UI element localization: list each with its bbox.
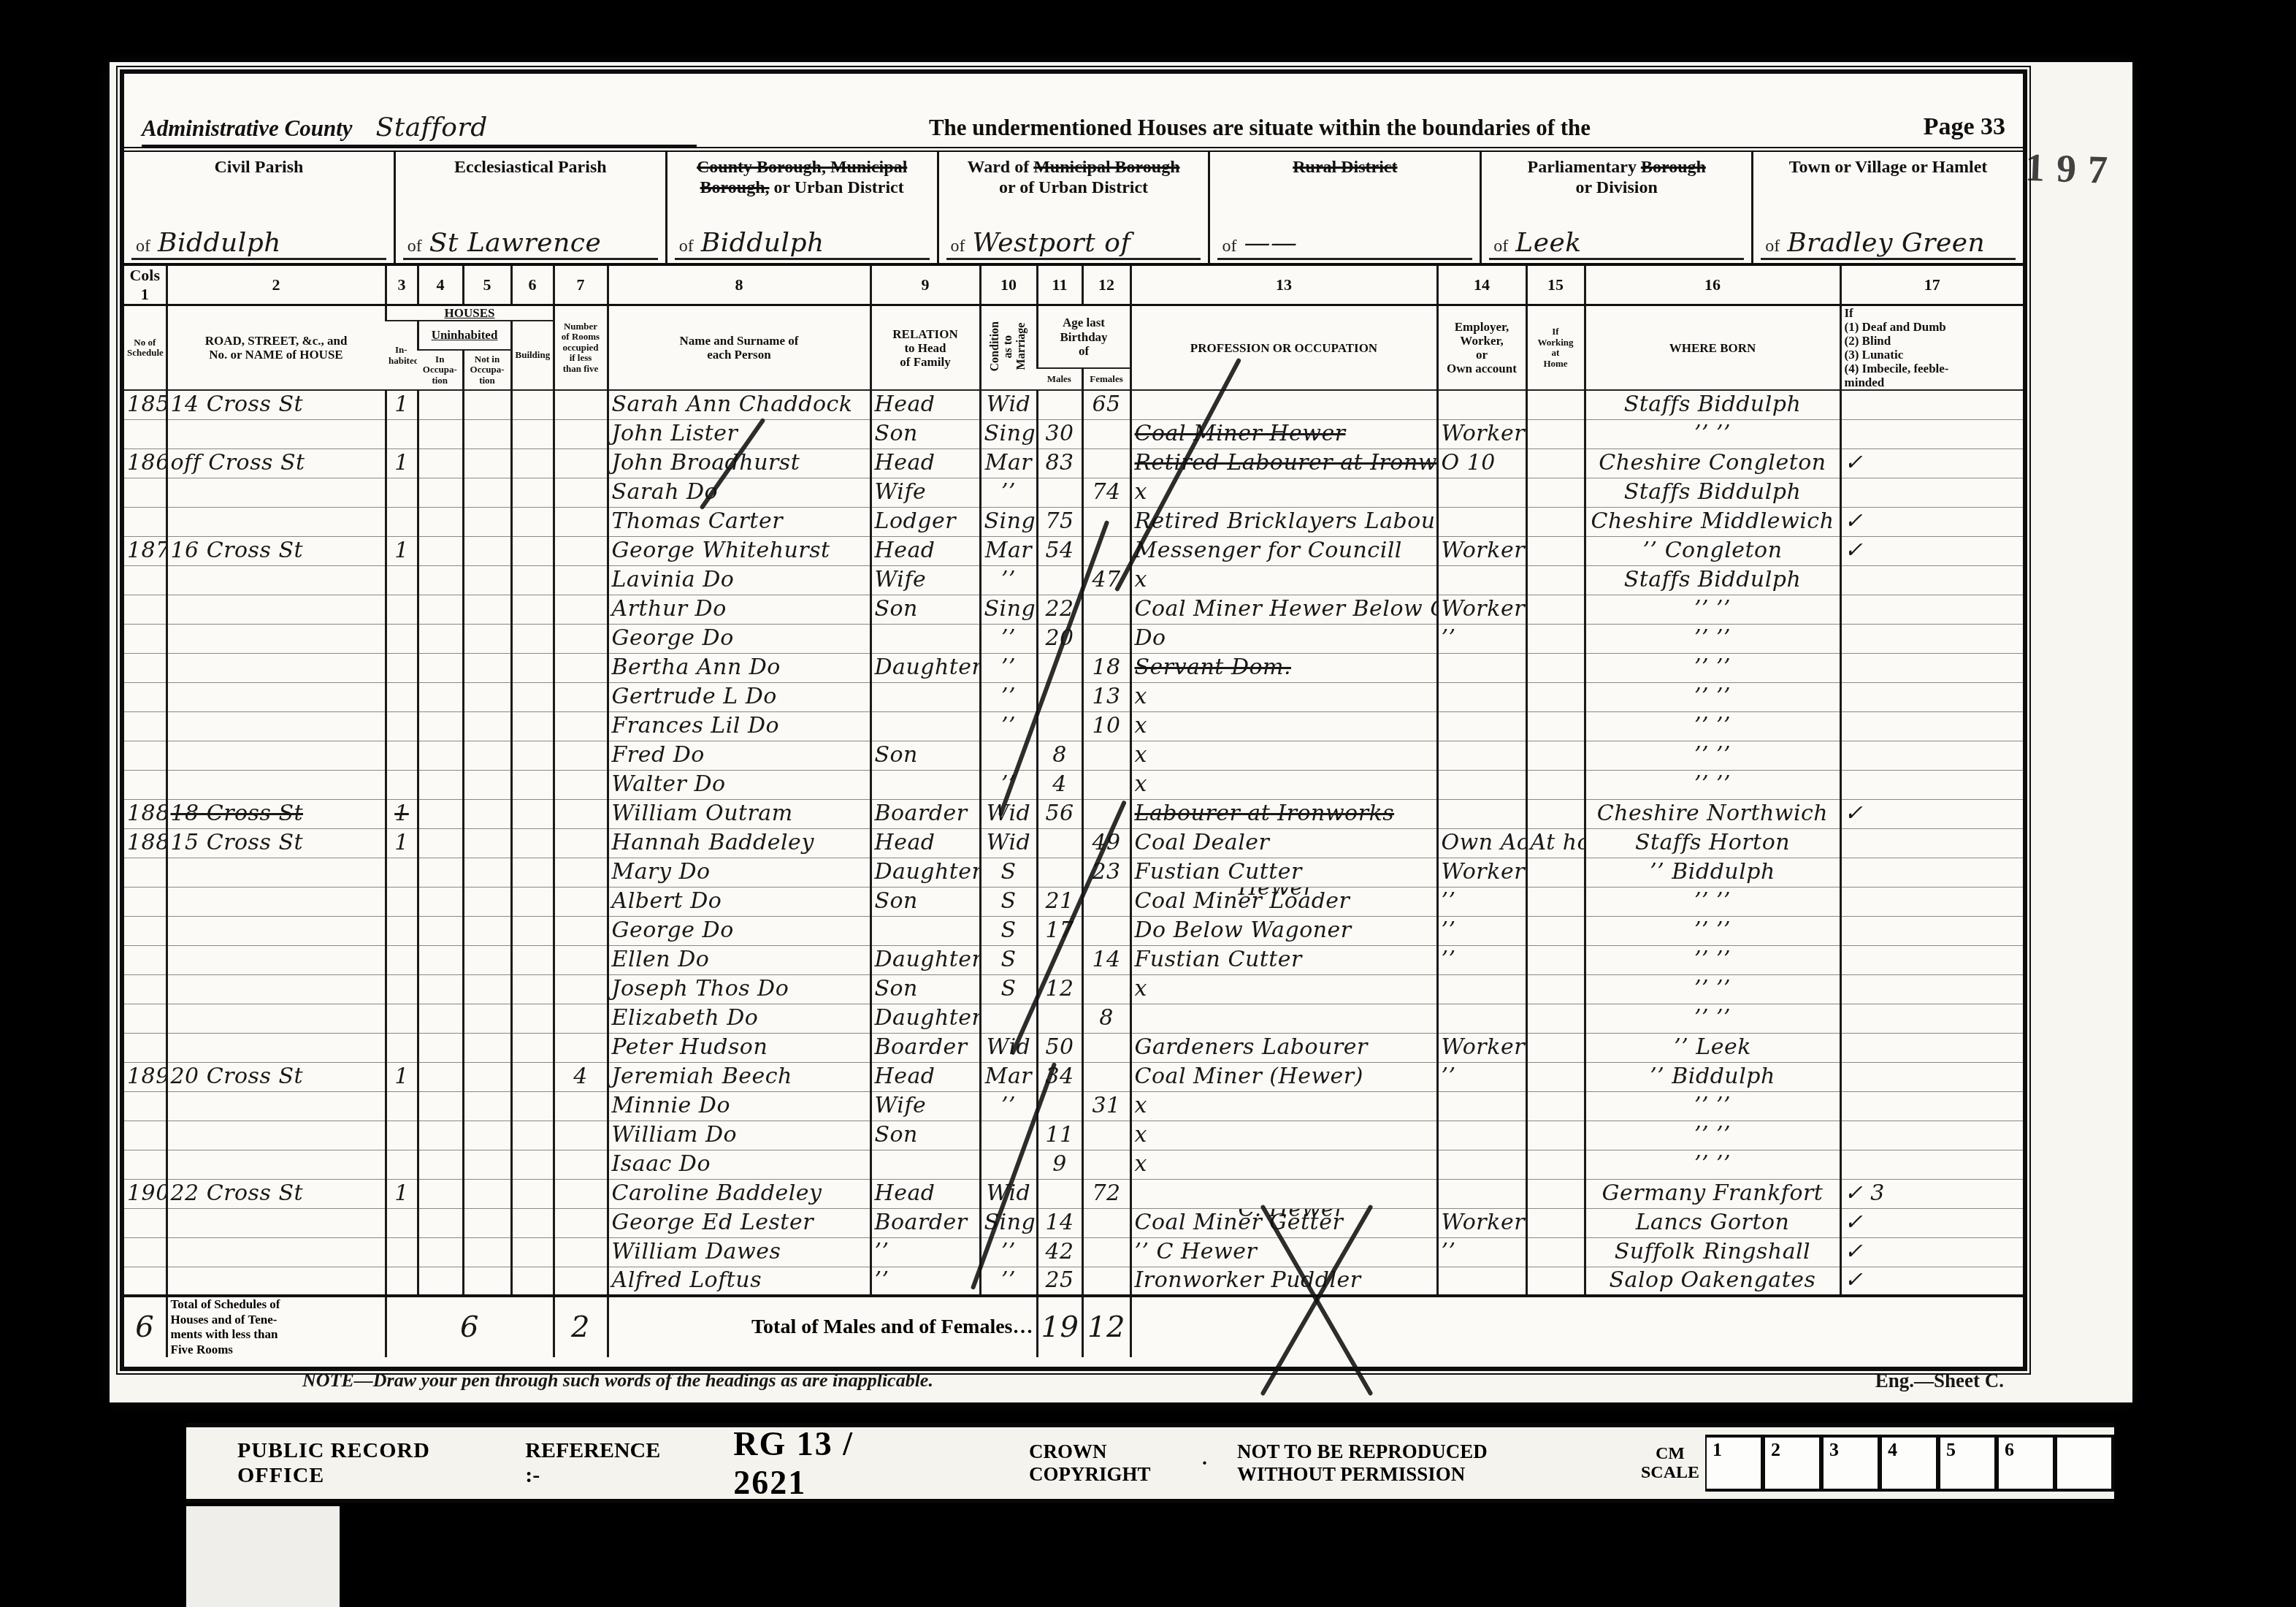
cell-schedule xyxy=(124,858,167,887)
cell-at-home xyxy=(1526,1121,1585,1150)
cell-relation: Lodger xyxy=(870,507,980,536)
cell-text: William Do xyxy=(612,1122,738,1148)
cell-text: Albert Do xyxy=(612,888,722,914)
cell-text: Elizabeth Do xyxy=(612,1005,759,1031)
column-number: 2 xyxy=(167,266,386,305)
cell-text: ’’ Biddulph xyxy=(1650,859,1775,885)
paper-corner-fragment xyxy=(186,1506,340,1607)
cell-text: Own Accnt xyxy=(1442,830,1527,855)
cell-text: 14 xyxy=(1045,1210,1074,1235)
cell-text: 12 xyxy=(1045,976,1074,1001)
cell-road: 18 Cross St xyxy=(167,799,386,828)
cell-relation: Son xyxy=(870,1121,980,1150)
cell-occupation: x xyxy=(1130,974,1437,1004)
cell-text: Wid xyxy=(987,830,1031,855)
cell-text: x xyxy=(1135,684,1147,709)
cell-text: ’’ ’’ xyxy=(1694,742,1731,768)
column-number: 9 xyxy=(870,266,980,305)
census-row: Fred DoSon8x’’ ’’ xyxy=(124,741,2023,770)
cell-building xyxy=(511,799,554,828)
cell-text: George Whitehurst xyxy=(612,538,830,563)
cell-in-occupation xyxy=(418,1267,463,1296)
ruler-cell xyxy=(2056,1435,2114,1492)
cell-relation xyxy=(870,770,980,799)
census-row: 186off Cross St1John BroadhurstHeadMar83… xyxy=(124,448,2023,478)
cell-text: x xyxy=(1135,1151,1147,1177)
cell-text: 14 xyxy=(1092,947,1120,972)
cell-building xyxy=(511,945,554,974)
cell-relation: Boarder xyxy=(870,1208,980,1237)
column-number: 12 xyxy=(1082,266,1130,305)
cell-building xyxy=(511,770,554,799)
district-label-part: or Urban District xyxy=(770,178,904,197)
cell-condition: S xyxy=(980,974,1037,1004)
cell-text: 185 xyxy=(127,392,167,417)
district-label-part: Ward of xyxy=(968,158,1034,177)
cell-rooms xyxy=(554,595,608,624)
cell-name: Ellen Do xyxy=(608,945,870,974)
cell-text: x xyxy=(1135,1122,1147,1148)
cell-age-females xyxy=(1082,1237,1130,1267)
total-houses-text: 6 xyxy=(460,1310,479,1344)
cell-occupation: x xyxy=(1130,1091,1437,1121)
cell-born: Cheshire Middlewich xyxy=(1585,507,1840,536)
cell-not-in-occupation xyxy=(463,1267,511,1296)
cell-rooms xyxy=(554,624,608,653)
cell-text: Lavinia Do xyxy=(612,567,735,592)
cell-building xyxy=(511,828,554,858)
cell-text: Daughter xyxy=(875,859,981,885)
cell-text: Son xyxy=(875,421,918,446)
cell-inhabited: 1 xyxy=(386,536,418,565)
cell-relation: Daughter xyxy=(870,945,980,974)
cell-born: Staffs Biddulph xyxy=(1585,565,1840,595)
cell-relation: ’’ xyxy=(870,1237,980,1267)
cell-inhabited: 1 xyxy=(386,799,418,828)
totals-label: Total of Schedules of Houses and of Tene… xyxy=(167,1296,386,1357)
cell-age-males xyxy=(1037,1179,1082,1208)
cell-occupation: Coal Miner LoaderHewer xyxy=(1130,887,1437,916)
cell-relation: Son xyxy=(870,887,980,916)
cell-rooms xyxy=(554,828,608,858)
cell-relation: Head xyxy=(870,448,980,478)
cell-rooms xyxy=(554,770,608,799)
cell-text: 4 xyxy=(573,1064,588,1089)
cell-text: 16 Cross St xyxy=(171,538,304,563)
cell-rooms xyxy=(554,1121,608,1150)
cell-name: William Outram xyxy=(608,799,870,828)
of-label: of xyxy=(1222,237,1236,256)
cell-rooms xyxy=(554,711,608,741)
cell-text: 1 xyxy=(394,830,409,855)
cell-text: Germany Frankfort xyxy=(1602,1180,1824,1206)
cell-text: 1 xyxy=(394,1064,409,1089)
cell-text: Wid xyxy=(987,801,1031,826)
district-value-text: —— xyxy=(1244,230,1297,256)
cell-inhabited xyxy=(386,1267,418,1296)
page-number: Page 33 xyxy=(1823,113,2005,147)
cell-occupation: Servant Dom. xyxy=(1130,653,1437,682)
cell-infirmity xyxy=(1840,478,2023,507)
census-row: George Do’’20Do’’’’ ’’ xyxy=(124,624,2023,653)
cell-not-in-occupation xyxy=(463,448,511,478)
cell-text: Frances Lil Do xyxy=(612,713,780,738)
cell-road xyxy=(167,682,386,711)
of-label: of xyxy=(1765,237,1780,256)
col-header-condition: Condition as to Marriage xyxy=(980,305,1037,391)
cell-text: George Ed Lester xyxy=(612,1210,814,1235)
cell-not-in-occupation xyxy=(463,1150,511,1179)
cell-name: Gertrude L Do xyxy=(608,682,870,711)
census-row: John ListerSonSing30Coal Miner HewerWork… xyxy=(124,419,2023,448)
cell-born: ’’ ’’ xyxy=(1585,741,1840,770)
cell-occupation: Coal Miner (Hewer) xyxy=(1130,1062,1437,1091)
cell-age-males xyxy=(1037,565,1082,595)
cell-age-males: 25 xyxy=(1037,1267,1082,1296)
district-value: ofSt Lawrence xyxy=(403,215,658,260)
cell-text: ’’ xyxy=(1001,684,1016,709)
district-label-part: or of Urban District xyxy=(999,178,1148,197)
cell-schedule xyxy=(124,595,167,624)
cell-name: Caroline Baddeley xyxy=(608,1179,870,1208)
cell-at-home xyxy=(1526,1091,1585,1121)
cell-text: 74 xyxy=(1092,479,1120,505)
district-box: County Borough, Municipal Borough, or Ur… xyxy=(665,152,937,263)
cell-rooms xyxy=(554,1150,608,1179)
cell-not-in-occupation xyxy=(463,741,511,770)
cell-age-males: 56 xyxy=(1037,799,1082,828)
cell-name: Thomas Carter xyxy=(608,507,870,536)
cell-age-males: 83 xyxy=(1037,448,1082,478)
cell-employer: ’’ xyxy=(1437,1062,1526,1091)
cell-born: ’’ ’’ xyxy=(1585,1004,1840,1033)
administrative-county-value: Stafford xyxy=(376,112,488,142)
cell-age-females: 10 xyxy=(1082,711,1130,741)
cell-text: O 10 xyxy=(1442,450,1496,476)
district-value-text: Westport of xyxy=(973,230,1131,256)
cell-text: 8 xyxy=(1052,742,1067,768)
cell-text: Cheshire Congleton xyxy=(1599,450,1826,476)
undermentioned-text: The undermentioned Houses are situate wi… xyxy=(697,115,1823,147)
cell-age-males xyxy=(1037,478,1082,507)
cell-text: ’’ xyxy=(1001,567,1016,592)
cell-name: William Do xyxy=(608,1121,870,1150)
census-row: Joseph Thos DoSonS12x’’ ’’ xyxy=(124,974,2023,1004)
cell-building xyxy=(511,624,554,653)
cell-text: S xyxy=(1000,947,1016,972)
cell-in-occupation xyxy=(418,711,463,741)
district-value: of—— xyxy=(1217,215,1472,260)
cell-building xyxy=(511,682,554,711)
cell-employer: Worker xyxy=(1437,419,1526,448)
cell-text: Sing xyxy=(984,596,1036,622)
cell-text: Head xyxy=(875,1064,935,1089)
cell-schedule xyxy=(124,682,167,711)
cell-inhabited xyxy=(386,1121,418,1150)
cell-schedule xyxy=(124,945,167,974)
cell-building xyxy=(511,536,554,565)
col-header-relation: RELATION to Head of Family xyxy=(870,305,980,391)
cell-not-in-occupation xyxy=(463,419,511,448)
cell-text: Salop Oakengates xyxy=(1610,1267,1816,1293)
cell-not-in-occupation xyxy=(463,653,511,682)
district-label-part: Civil Parish xyxy=(214,158,303,177)
cell-relation: Daughter xyxy=(870,858,980,887)
cell-rooms xyxy=(554,1033,608,1062)
cell-text: Son xyxy=(875,596,918,622)
ruler-cell: 2 xyxy=(1764,1435,1822,1492)
cell-name: Isaac Do xyxy=(608,1150,870,1179)
cell-condition: Wid xyxy=(980,799,1037,828)
cell-schedule xyxy=(124,1121,167,1150)
cell-occupation: x xyxy=(1130,565,1437,595)
cell-text: S xyxy=(1000,888,1016,914)
cell-road: off Cross St xyxy=(167,448,386,478)
cell-rooms xyxy=(554,1004,608,1033)
cell-rooms xyxy=(554,1091,608,1121)
cell-in-occupation xyxy=(418,770,463,799)
cell-inhabited xyxy=(386,887,418,916)
cell-occupation: x xyxy=(1130,741,1437,770)
district-label: Rural District xyxy=(1217,158,1472,178)
cell-relation: Head xyxy=(870,390,980,419)
cell-born: Staffs Biddulph xyxy=(1585,390,1840,419)
cell-occupation: x xyxy=(1130,1121,1437,1150)
district-box: Ecclesiastical ParishofSt Lawrence xyxy=(394,152,665,263)
pro-reference-number: RG 13 / 2621 xyxy=(733,1424,876,1502)
cell-schedule xyxy=(124,1150,167,1179)
column-number: 11 xyxy=(1037,266,1082,305)
column-number: Cols 1 xyxy=(124,266,167,305)
cell-text: Staffs Biddulph xyxy=(1624,567,1802,592)
census-form: Administrative County Stafford The under… xyxy=(120,69,2027,1371)
cell-age-females xyxy=(1082,1033,1130,1062)
col-header-name: Name and Surname of each Person xyxy=(608,305,870,391)
cell-schedule: 187 xyxy=(124,536,167,565)
cell-text: Staffs Horton xyxy=(1635,830,1790,855)
cell-relation xyxy=(870,1150,980,1179)
cell-text: Worker xyxy=(1442,538,1525,563)
cell-occupation: Gardeners Labourer xyxy=(1130,1033,1437,1062)
cell-schedule xyxy=(124,974,167,1004)
cell-text: 65 xyxy=(1092,392,1120,417)
cell-building xyxy=(511,595,554,624)
cell-not-in-occupation xyxy=(463,1208,511,1237)
cell-name: George Ed Lester xyxy=(608,1208,870,1237)
cell-employer xyxy=(1437,653,1526,682)
cm-scale-ruler: 123456 xyxy=(1705,1435,2114,1492)
col-header-schedule: No of Schedule xyxy=(124,305,167,391)
cell-age-females xyxy=(1082,887,1130,916)
cell-text: Mar xyxy=(985,1064,1032,1089)
cell-name: Sarah Ann Chaddock xyxy=(608,390,870,419)
col-header-uninhabited: Uninhabited xyxy=(418,321,511,350)
cell-schedule xyxy=(124,1237,167,1267)
cell-schedule: 188 xyxy=(124,828,167,858)
scanned-census-page: 197 Administrative County Stafford The u… xyxy=(0,0,2296,1607)
cell-inhabited xyxy=(386,653,418,682)
cell-condition: Sing xyxy=(980,1208,1037,1237)
cell-in-occupation xyxy=(418,916,463,945)
cell-road xyxy=(167,565,386,595)
cell-text: 30 xyxy=(1045,421,1074,446)
district-boxes: Civil ParishofBiddulphEcclesiastical Par… xyxy=(124,147,2023,266)
cell-road xyxy=(167,770,386,799)
cell-age-males xyxy=(1037,828,1082,858)
cell-born: Staffs Biddulph xyxy=(1585,478,1840,507)
cell-at-home xyxy=(1526,1150,1585,1179)
cell-road xyxy=(167,507,386,536)
cell-inhabited xyxy=(386,711,418,741)
cell-road xyxy=(167,653,386,682)
cell-born: ’’ ’’ xyxy=(1585,682,1840,711)
cell-text: Wife xyxy=(875,1093,927,1118)
cell-rooms xyxy=(554,916,608,945)
cell-inhabited xyxy=(386,1208,418,1237)
cell-road xyxy=(167,1004,386,1033)
cell-at-home xyxy=(1526,887,1585,916)
cell-text: ’’ xyxy=(1442,1239,1456,1264)
cell-text: Gardeners Labourer xyxy=(1135,1034,1368,1060)
cell-text: ✓ 3 xyxy=(1845,1180,1885,1206)
cell-road: 16 Cross St xyxy=(167,536,386,565)
cell-relation: Son xyxy=(870,741,980,770)
cell-at-home xyxy=(1526,1033,1585,1062)
cell-text: Ellen Do xyxy=(612,947,710,972)
cell-rooms xyxy=(554,565,608,595)
cell-employer xyxy=(1437,682,1526,711)
cell-schedule xyxy=(124,770,167,799)
census-table: Cols 1234567891011121314151617 No of Sch… xyxy=(124,266,2023,1357)
district-box: Parliamentary Borough or DivisionofLeek xyxy=(1480,152,1751,263)
cell-condition: ’’ xyxy=(980,682,1037,711)
cell-occupation: Ironworker Puddler xyxy=(1130,1267,1437,1296)
cell-text: Wife xyxy=(875,479,927,505)
cell-in-occupation xyxy=(418,507,463,536)
cell-condition xyxy=(980,741,1037,770)
cell-employer: O 10 xyxy=(1437,448,1526,478)
cell-text: 1 xyxy=(394,801,409,826)
cell-condition: Mar xyxy=(980,1062,1037,1091)
cell-born: ’’ ’’ xyxy=(1585,770,1840,799)
cell-name: Alfred Loftus xyxy=(608,1267,870,1296)
cell-schedule xyxy=(124,741,167,770)
cell-road: 22 Cross St xyxy=(167,1179,386,1208)
cell-employer: Own Accnt xyxy=(1437,828,1526,858)
cell-inhabited xyxy=(386,945,418,974)
crown-copyright-label: CROWN COPYRIGHT xyxy=(1029,1440,1172,1486)
cell-rooms xyxy=(554,1208,608,1237)
district-label-part: Parliamentary xyxy=(1528,158,1641,177)
col-header-employer: Employer, Worker, or Own account xyxy=(1437,305,1526,391)
cell-employer xyxy=(1437,770,1526,799)
of-label: of xyxy=(1493,237,1508,256)
cell-born: ’’ ’’ xyxy=(1585,595,1840,624)
cell-name: Lavinia Do xyxy=(608,565,870,595)
cell-condition: Mar xyxy=(980,448,1037,478)
cell-text: S xyxy=(1000,917,1016,943)
cell-text: Labourer at Ironworks xyxy=(1135,801,1395,826)
totals-label-text: Total of Schedules of Houses and of Tene… xyxy=(171,1297,280,1356)
cell-in-occupation xyxy=(418,419,463,448)
district-value-text: Biddulph xyxy=(701,230,824,256)
cell-text: Head xyxy=(875,830,935,855)
cell-text: ’’ xyxy=(1001,1267,1016,1293)
cell-born: Suffolk Ringshall xyxy=(1585,1237,1840,1267)
cell-at-home xyxy=(1526,1062,1585,1091)
cell-schedule xyxy=(124,1033,167,1062)
cell-text: 1 xyxy=(394,538,409,563)
cell-text: ’’ xyxy=(1001,654,1016,680)
cell-condition: S xyxy=(980,858,1037,887)
cell-text: ’’ ’’ xyxy=(1694,771,1731,797)
cell-employer xyxy=(1437,711,1526,741)
cell-born: ’’ ’’ xyxy=(1585,1091,1840,1121)
cell-text: Boarder xyxy=(875,1034,968,1060)
cell-rooms xyxy=(554,507,608,536)
cell-text: Mar xyxy=(985,450,1032,476)
cell-text: William Dawes xyxy=(612,1239,781,1264)
cell-text: Minnie Do xyxy=(612,1093,730,1118)
cell-name: William Dawes xyxy=(608,1237,870,1267)
cell-name: Walter Do xyxy=(608,770,870,799)
cell-in-occupation xyxy=(418,1091,463,1121)
cell-text: x xyxy=(1135,1093,1147,1118)
cell-superscript: C. Hewer xyxy=(1238,1208,1345,1221)
cell-schedule xyxy=(124,711,167,741)
cell-infirmity: ✓ xyxy=(1840,1267,2023,1296)
cell-condition: Mar xyxy=(980,536,1037,565)
administrative-county: Administrative County Stafford xyxy=(142,115,697,147)
cell-text: Bertha Ann Do xyxy=(612,654,781,680)
cell-relation: Daughter xyxy=(870,653,980,682)
col-header-infirmity: If (1) Deaf and Dumb (2) Blind (3) Lunat… xyxy=(1840,305,2023,391)
cell-infirmity: ✓ xyxy=(1840,1208,2023,1237)
cell-text: Sarah Ann Chaddock xyxy=(612,392,853,417)
cell-at-home xyxy=(1526,390,1585,419)
cell-employer xyxy=(1437,741,1526,770)
cell-rooms xyxy=(554,536,608,565)
cell-text: Wid xyxy=(987,1034,1031,1060)
pro-reference-label: REFERENCE :- xyxy=(525,1438,660,1488)
cell-text: ’’ ’’ xyxy=(1694,1151,1731,1177)
cell-not-in-occupation xyxy=(463,858,511,887)
pro-office-label: PUBLIC RECORD OFFICE xyxy=(237,1438,437,1488)
cell-not-in-occupation xyxy=(463,390,511,419)
cell-at-home xyxy=(1526,1179,1585,1208)
cell-text: Daughter xyxy=(875,947,981,972)
cell-text: Son xyxy=(875,1122,918,1148)
cell-in-occupation xyxy=(418,565,463,595)
cell-text: ’’ Leek xyxy=(1674,1034,1751,1060)
cell-text: ’’ ’’ xyxy=(1694,1093,1731,1118)
cell-text: Worker xyxy=(1442,421,1525,446)
reproduction-notice: NOT TO BE REPRODUCED WITHOUT PERMISSION xyxy=(1237,1440,1575,1486)
cell-in-occupation xyxy=(418,1237,463,1267)
cell-text: 11 xyxy=(1045,1122,1074,1148)
cell-employer: ’’ xyxy=(1437,624,1526,653)
cell-at-home xyxy=(1526,419,1585,448)
cell-inhabited xyxy=(386,1091,418,1121)
cell-employer xyxy=(1437,1091,1526,1121)
cell-text: 20 Cross St xyxy=(171,1064,304,1089)
cell-occupation: Retired Bricklayers Labourer xyxy=(1130,507,1437,536)
cell-road xyxy=(167,945,386,974)
cell-at-home xyxy=(1526,945,1585,974)
cell-road xyxy=(167,974,386,1004)
cell-infirmity xyxy=(1840,741,2023,770)
cell-text: 42 xyxy=(1045,1239,1074,1264)
